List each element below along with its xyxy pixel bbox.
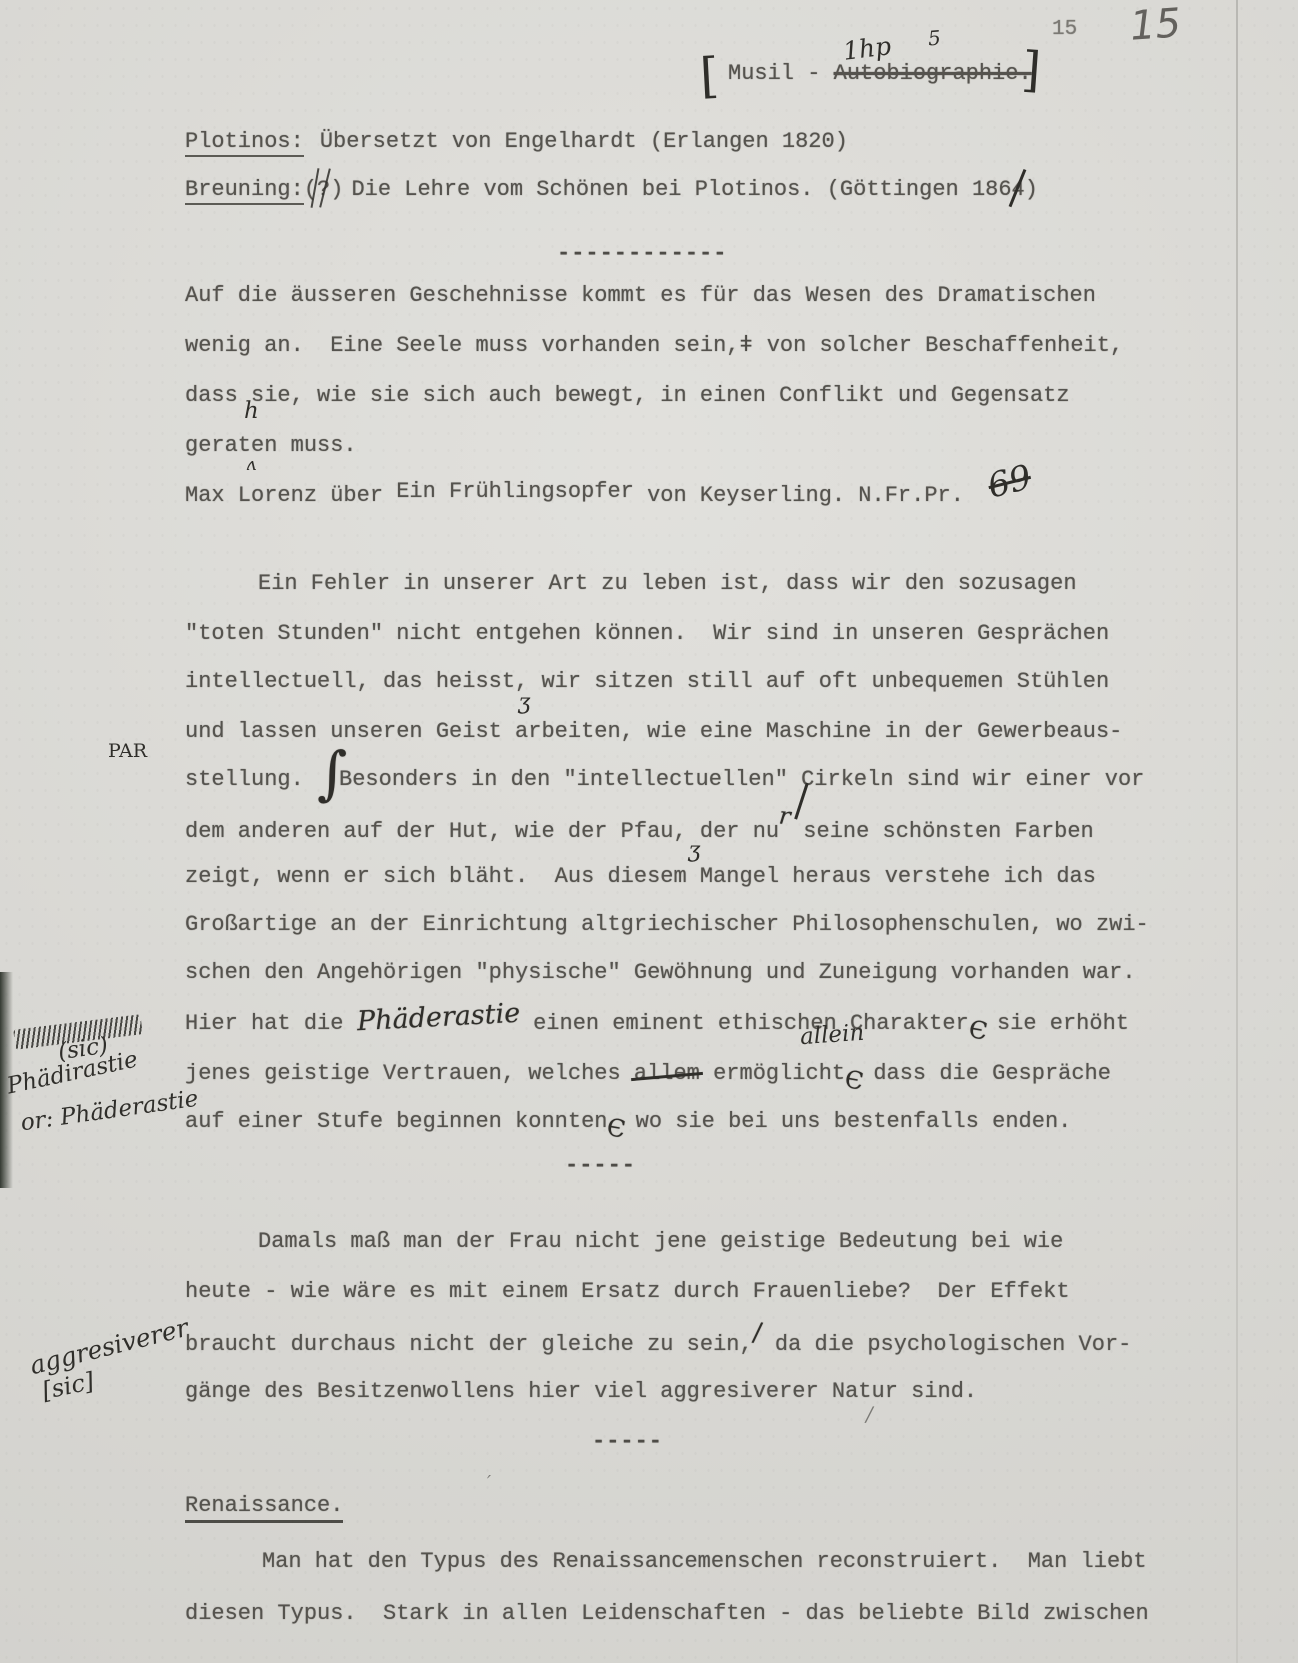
typed-line: diesen Typus. Stark in allen Leidenschaf…: [185, 1600, 1149, 1628]
hw-question-mark: (?): [304, 176, 344, 204]
line-segment: seine schönsten Farben: [790, 819, 1094, 844]
manuscript-page: 15 15 [ 1hp 5 Musil - Autobiographie. ] …: [0, 0, 1298, 1663]
biblio-text-2: Die Lehre vom Schönen bei Plotinos. (Göt…: [351, 177, 1011, 202]
typed-line: Auf die äusseren Geschehnisse kommt es f…: [185, 282, 1096, 310]
line-segment: jenes geistige Vertrauen, welches: [185, 1061, 634, 1086]
typed-line: Damals maß man der Frau nicht jene geist…: [258, 1228, 1063, 1256]
hw-flourish: 69: [984, 457, 1036, 506]
typed-line: Hier hat die Phäderastie einen eminent e…: [185, 1007, 1129, 1038]
header-kept-text: Musil -: [728, 61, 834, 86]
typed-line: wenig an. Eine Seele muss vorhanden sein…: [185, 332, 1123, 360]
header-struck-text: Autobiographie.: [834, 61, 1032, 86]
biblio-line-1: Plotinos:Übersetzt von Engelhardt (Erlan…: [185, 128, 848, 156]
typed-line: geraten muss.: [185, 432, 357, 460]
hw-correction-mark: Є: [605, 1113, 625, 1143]
hw-word-allein: allein: [799, 1020, 865, 1050]
hw-close-bracket: ]: [1020, 41, 1043, 98]
typed-line: "toten Stunden" nicht entgehen können. W…: [185, 620, 1109, 648]
typed-line: intellectuell, das heisst, wir sitzen st…: [185, 668, 1109, 696]
line-segment: braucht durchaus nicht der gleiche zu se…: [185, 1332, 753, 1357]
margin-aggresiverer: aggresiverer: [27, 1313, 191, 1380]
stray-mark: ′: [487, 1472, 491, 1493]
section-heading-line: Renaissance.: [185, 1492, 343, 1520]
stray-mark: ∕: [866, 1402, 873, 1426]
separator-long: ------------: [557, 240, 727, 268]
line-segment: einen eminent ethischen Charakter: [520, 1011, 969, 1036]
margin-note-par: PAR: [108, 740, 147, 762]
lorenz-line: Max Lorenz über Ein Frühlingsopfer von K…: [185, 482, 977, 510]
biblio-label-plotinos: Plotinos:: [185, 129, 304, 157]
hw-correction-mark: Є: [843, 1065, 863, 1095]
hw-correction-mark: Є: [966, 1015, 986, 1045]
typed-line: dem anderen auf der Hut, wie der Pfau, d…: [185, 815, 1094, 846]
typed-line: dass sie, wie sie sich auch bewegt, in e…: [185, 382, 1070, 410]
typed-line: Man hat den Typus des Renaissancemensche…: [262, 1548, 1147, 1576]
hw-open-bracket: [: [699, 48, 721, 105]
typed-line: Großartige an der Einrichtung altgriechi…: [185, 911, 1149, 939]
typed-line: jenes geistige Vertrauen, welches allem …: [185, 1057, 1111, 1088]
header-title-line: Musil - Autobiographie.: [728, 60, 1032, 88]
typed-line: stellung. ∫Besonders in den "intellectue…: [185, 765, 1144, 794]
typed-line: Ein Fehler in unserer Art zu leben ist, …: [258, 570, 1077, 598]
struck-word-allem: allem: [634, 1061, 700, 1086]
separator-short: -----: [565, 1152, 636, 1180]
typed-line: braucht durchaus nicht der gleiche zu se…: [185, 1328, 1131, 1359]
typed-line: zeigt, wenn er sich bläht. Aus diesem Ma…: [185, 863, 1096, 891]
line-segment: von Keyserling. N.Fr.Pr.: [634, 483, 977, 508]
line-segment: da die psychologischen Vor-: [762, 1332, 1132, 1357]
line-segment: Hier hat die: [185, 1011, 357, 1036]
hw-insertion-h: h: [244, 398, 259, 424]
handwritten-page-number: 15: [1128, 0, 1182, 49]
line-segment: wo sie bei uns bestenfalls enden.: [622, 1109, 1071, 1134]
line-segment: wir sitzen still auf oft unbequemen Stüh…: [528, 669, 1109, 694]
line-segment: Max Lorenz über: [185, 483, 396, 508]
section-heading-renaissance: Renaissance.: [185, 1493, 343, 1523]
typed-line: heute - wie wäre es mit einem Ersatz dur…: [185, 1278, 1070, 1306]
separator-short: -----: [592, 1428, 663, 1456]
biblio-close-paren: ): [1025, 177, 1038, 202]
biblio-text-1: Übersetzt von Engelhardt (Erlangen 1820): [320, 129, 848, 154]
line-segment: auf einer Stufe beginnen konnten: [185, 1109, 607, 1134]
margin-or-phaederastie: or: Phäderastie: [19, 1086, 200, 1137]
inserted-title: Ein Frühlingsopfer: [396, 478, 634, 506]
line-segment: stellung.: [185, 767, 317, 792]
line-segment: intellectuell, das heisst,: [185, 669, 528, 694]
typed-line: gänge des Besitzenwollens hier viel aggr…: [185, 1378, 977, 1406]
biblio-label-breuning: Breuning:: [185, 177, 304, 205]
struck-character: ǂ: [740, 332, 754, 360]
typed-page-number: 15: [1052, 16, 1077, 44]
line-segment: wenig an. Eine Seele muss vorhanden sein…: [185, 333, 740, 358]
hw-comma-mark: ʒ: [518, 690, 530, 715]
paper-crease: [1236, 0, 1238, 1663]
biblio-line-2: Breuning:(?)Die Lehre vom Schönen bei Pl…: [185, 176, 1038, 204]
hw-caret: ʌ: [246, 454, 256, 475]
hw-note-sup: 5: [927, 25, 942, 50]
line-segment: sie erhöht: [984, 1011, 1129, 1036]
line-segment: von solcher Beschaffenheit,: [754, 333, 1124, 358]
typed-line: auf einer Stufe beginnen konntenЄ wo sie…: [185, 1105, 1071, 1136]
hw-comma-mark: ʒ: [688, 838, 700, 863]
typed-line: schen den Angehörigen "physische" Gewöhn…: [185, 959, 1136, 987]
line-segment: Besonders in den "intellectuellen" Cirke…: [339, 767, 1144, 792]
line-segment: ermöglicht: [700, 1061, 845, 1086]
hw-word-phaederastie: Phäderastie: [356, 1000, 520, 1037]
overwritten-digit: 4: [1012, 176, 1025, 204]
line-segment: dass die Gespräche: [860, 1061, 1111, 1086]
